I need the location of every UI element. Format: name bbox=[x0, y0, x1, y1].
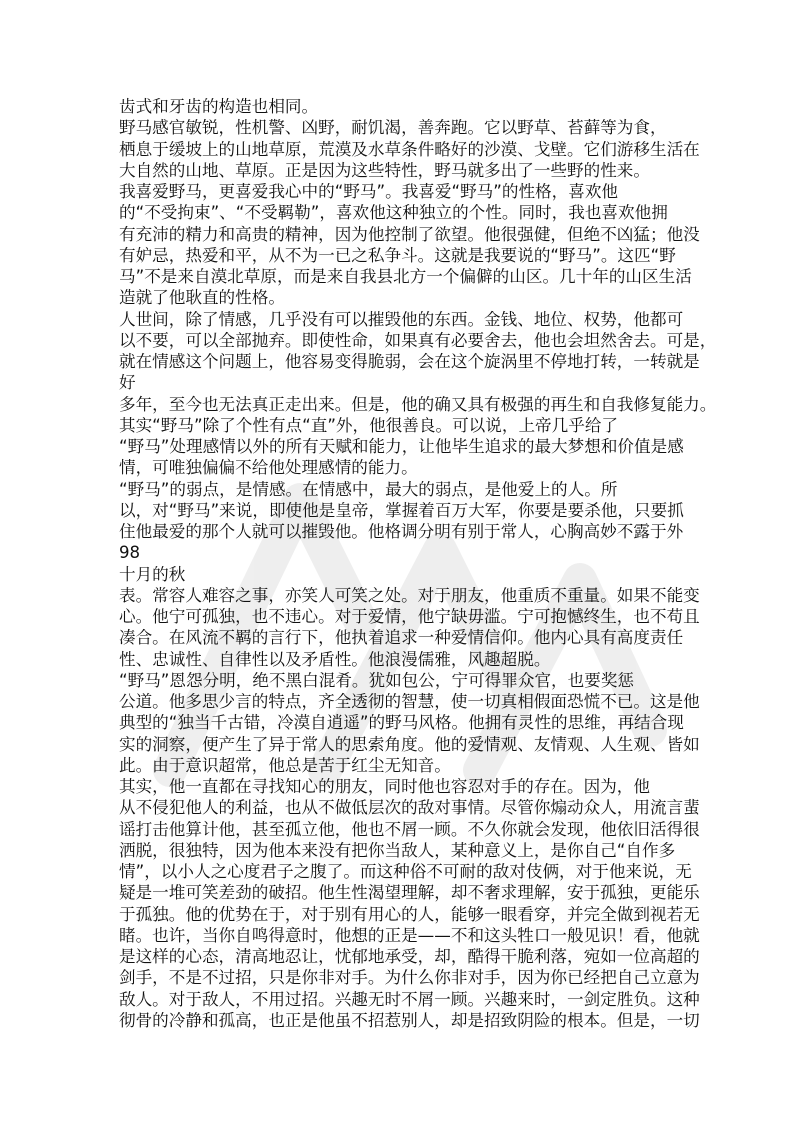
text-line: “野马”恩怨分明，绝不黑白混肴。犹如包公，宁可得罪众官，也要奖惩 bbox=[119, 670, 684, 691]
text-line: 大自然的山地、草原。正是因为这些特性，野马就多出了一些野的性来。 bbox=[119, 160, 684, 181]
text-line: 的“不受拘束”、“不受羁勒”，喜欢他这种独立的个性。同时，我也喜欢他拥 bbox=[119, 202, 684, 223]
text-line: 表。常容人难容之事，亦笑人可笑之处。对于朋友，他重质不重量。如果不能变 bbox=[119, 585, 684, 606]
text-line: 我喜爱野马，更喜爱我心中的“野马”。我喜爱“野马”的性格，喜欢他 bbox=[119, 181, 684, 202]
text-line: 彻骨的冷静和孤高，也正是他虽不招惹别人，却是招致阴险的根本。但是，一切 bbox=[119, 1010, 684, 1031]
text-line: 以不要，可以全部抛弃。即使性命，如果真有必要舍去，他也会坦然舍去。可是， bbox=[119, 330, 684, 351]
text-line: 造就了他耿直的性格。 bbox=[119, 287, 684, 308]
text-line: 剑手，不是不过招，只是你非对手。为什么你非对手，因为你已经把自己立意为 bbox=[119, 967, 684, 988]
text-line: 多年，至今也无法真正走出来。但是，他的确又具有极强的再生和自我修复能力。 bbox=[119, 394, 684, 415]
text-line: 谣打击他算计他，甚至孤立他，他也不屑一顾。不久你就会发现，他依旧活得很 bbox=[119, 819, 684, 840]
text-line: 洒脱，很独特，因为他本来没有把你当敌人，某种意义上，是你自己“自作多 bbox=[119, 840, 684, 861]
text-line: 典型的“独当千古错，冷漠自逍遥”的野马风格。他拥有灵性的思维，再结合现 bbox=[119, 712, 684, 733]
text-line: 有充沛的精力和高贵的精神，因为他控制了欲望。他很强健，但绝不凶猛；他没 bbox=[119, 224, 684, 245]
text-line: 好 bbox=[119, 372, 684, 393]
text-line: 于孤独。他的优势在于，对于别有用心的人，能够一眼看穿，并完全做到视若无 bbox=[119, 904, 684, 925]
text-line: 栖息于缓坡上的山地草原，荒漠及水草条件略好的沙漠、戈壁。它们游移生活在 bbox=[119, 139, 684, 160]
text-line: 凑合。在风流不羁的言行下，他执着追求一种爱情信仰。他内心具有高度责任 bbox=[119, 627, 684, 648]
text-line: 就在情感这个问题上，他容易变得脆弱，会在这个旋涡里不停地打转，一转就是 bbox=[119, 351, 684, 372]
text-line: 此。由于意识超常，他总是苦于红尘无知音。 bbox=[119, 755, 684, 776]
text-line: 实的洞察，便产生了异于常人的思索角度。他的爱情观、友情观、人生观、皆如 bbox=[119, 734, 684, 755]
text-line: 疑是一堆可笑差劲的破招。他生性渴望理解，却不奢求理解，安于孤独，更能乐 bbox=[119, 882, 684, 903]
text-line: 情”，以小人之心度君子之腹了。而这种俗不可耐的敌对伎俩，对于他来说，无 bbox=[119, 861, 684, 882]
text-line: 是这样的心态，清高地忍让，忧郁地承受，却，酷得干脆利落，宛如一位高超的 bbox=[119, 946, 684, 967]
text-line: 马”不是来自漠北草原，而是来自我县北方一个偏僻的山区。几十年的山区生活 bbox=[119, 266, 684, 287]
text-line: 性、忠诚性、自律性以及矛盾性。他浪漫儒雅，风趣超脱。 bbox=[119, 649, 684, 670]
text-line: 其实“野马”除了个性有点“直”外，他很善良。可以说，上帝几乎给了 bbox=[119, 415, 684, 436]
page-number: 98 bbox=[119, 542, 684, 563]
text-line: 公道。他多思少言的特点，齐全透彻的智慧，使一切真相假面恐慌不已。这是他 bbox=[119, 691, 684, 712]
text-line: 有妒忌，热爱和平，从不为一已之私争斗。这就是我要说的“野马”。这匹“野 bbox=[119, 245, 684, 266]
text-line: 从不侵犯他人的利益，也从不做低层次的敌对事情。尽管你煽动众人，用流言蜚 bbox=[119, 797, 684, 818]
running-title: 十月的秋 bbox=[119, 564, 684, 585]
text-line: “野马”的弱点，是情感。在情感中，最大的弱点，是他爱上的人。所 bbox=[119, 479, 684, 500]
text-line: 人世间，除了情感，几乎没有可以摧毁他的东西。金钱、地位、权势，他都可 bbox=[119, 309, 684, 330]
text-line: 野马感官敏锐，性机警、凶野，耐饥渴，善奔跑。它以野草、苔藓等为食， bbox=[119, 117, 684, 138]
text-line: 睹。也许，当你自鸣得意时，他想的正是——不和这头牲口一般见识！看，他就 bbox=[119, 925, 684, 946]
text-line: “野马”处理感情以外的所有天赋和能力，让他毕生追求的最大梦想和价值是感 bbox=[119, 436, 684, 457]
document-page: 齿式和牙齿的构造也相同。 野马感官敏锐，性机警、凶野，耐饥渴，善奔跑。它以野草、… bbox=[0, 0, 793, 1122]
text-line: 情，可唯独偏偏不给他处理感情的能力。 bbox=[119, 457, 684, 478]
text-line: 敌人。对于敌人，不用过招。兴趣无时不屑一顾。兴趣来时，一剑定胜负。这种 bbox=[119, 989, 684, 1010]
text-line: 其实，他一直都在寻找知心的朋友，同时他也容忍对手的存在。因为，他 bbox=[119, 776, 684, 797]
text-line: 以，对“野马”来说，即使他是皇帝，掌握着百万大军，你要是要杀他，只要抓 bbox=[119, 500, 684, 521]
text-line: 心。他宁可孤独，也不违心。对于爱情，他宁缺毋滥。宁可抱憾终生，也不苟且 bbox=[119, 606, 684, 627]
text-line: 齿式和牙齿的构造也相同。 bbox=[119, 96, 684, 117]
document-body: 齿式和牙齿的构造也相同。 野马感官敏锐，性机警、凶野，耐饥渴，善奔跑。它以野草、… bbox=[119, 96, 684, 1031]
text-line: 住他最爱的那个人就可以摧毁他。他格调分明有别于常人，心胸高妙不露于外 bbox=[119, 521, 684, 542]
